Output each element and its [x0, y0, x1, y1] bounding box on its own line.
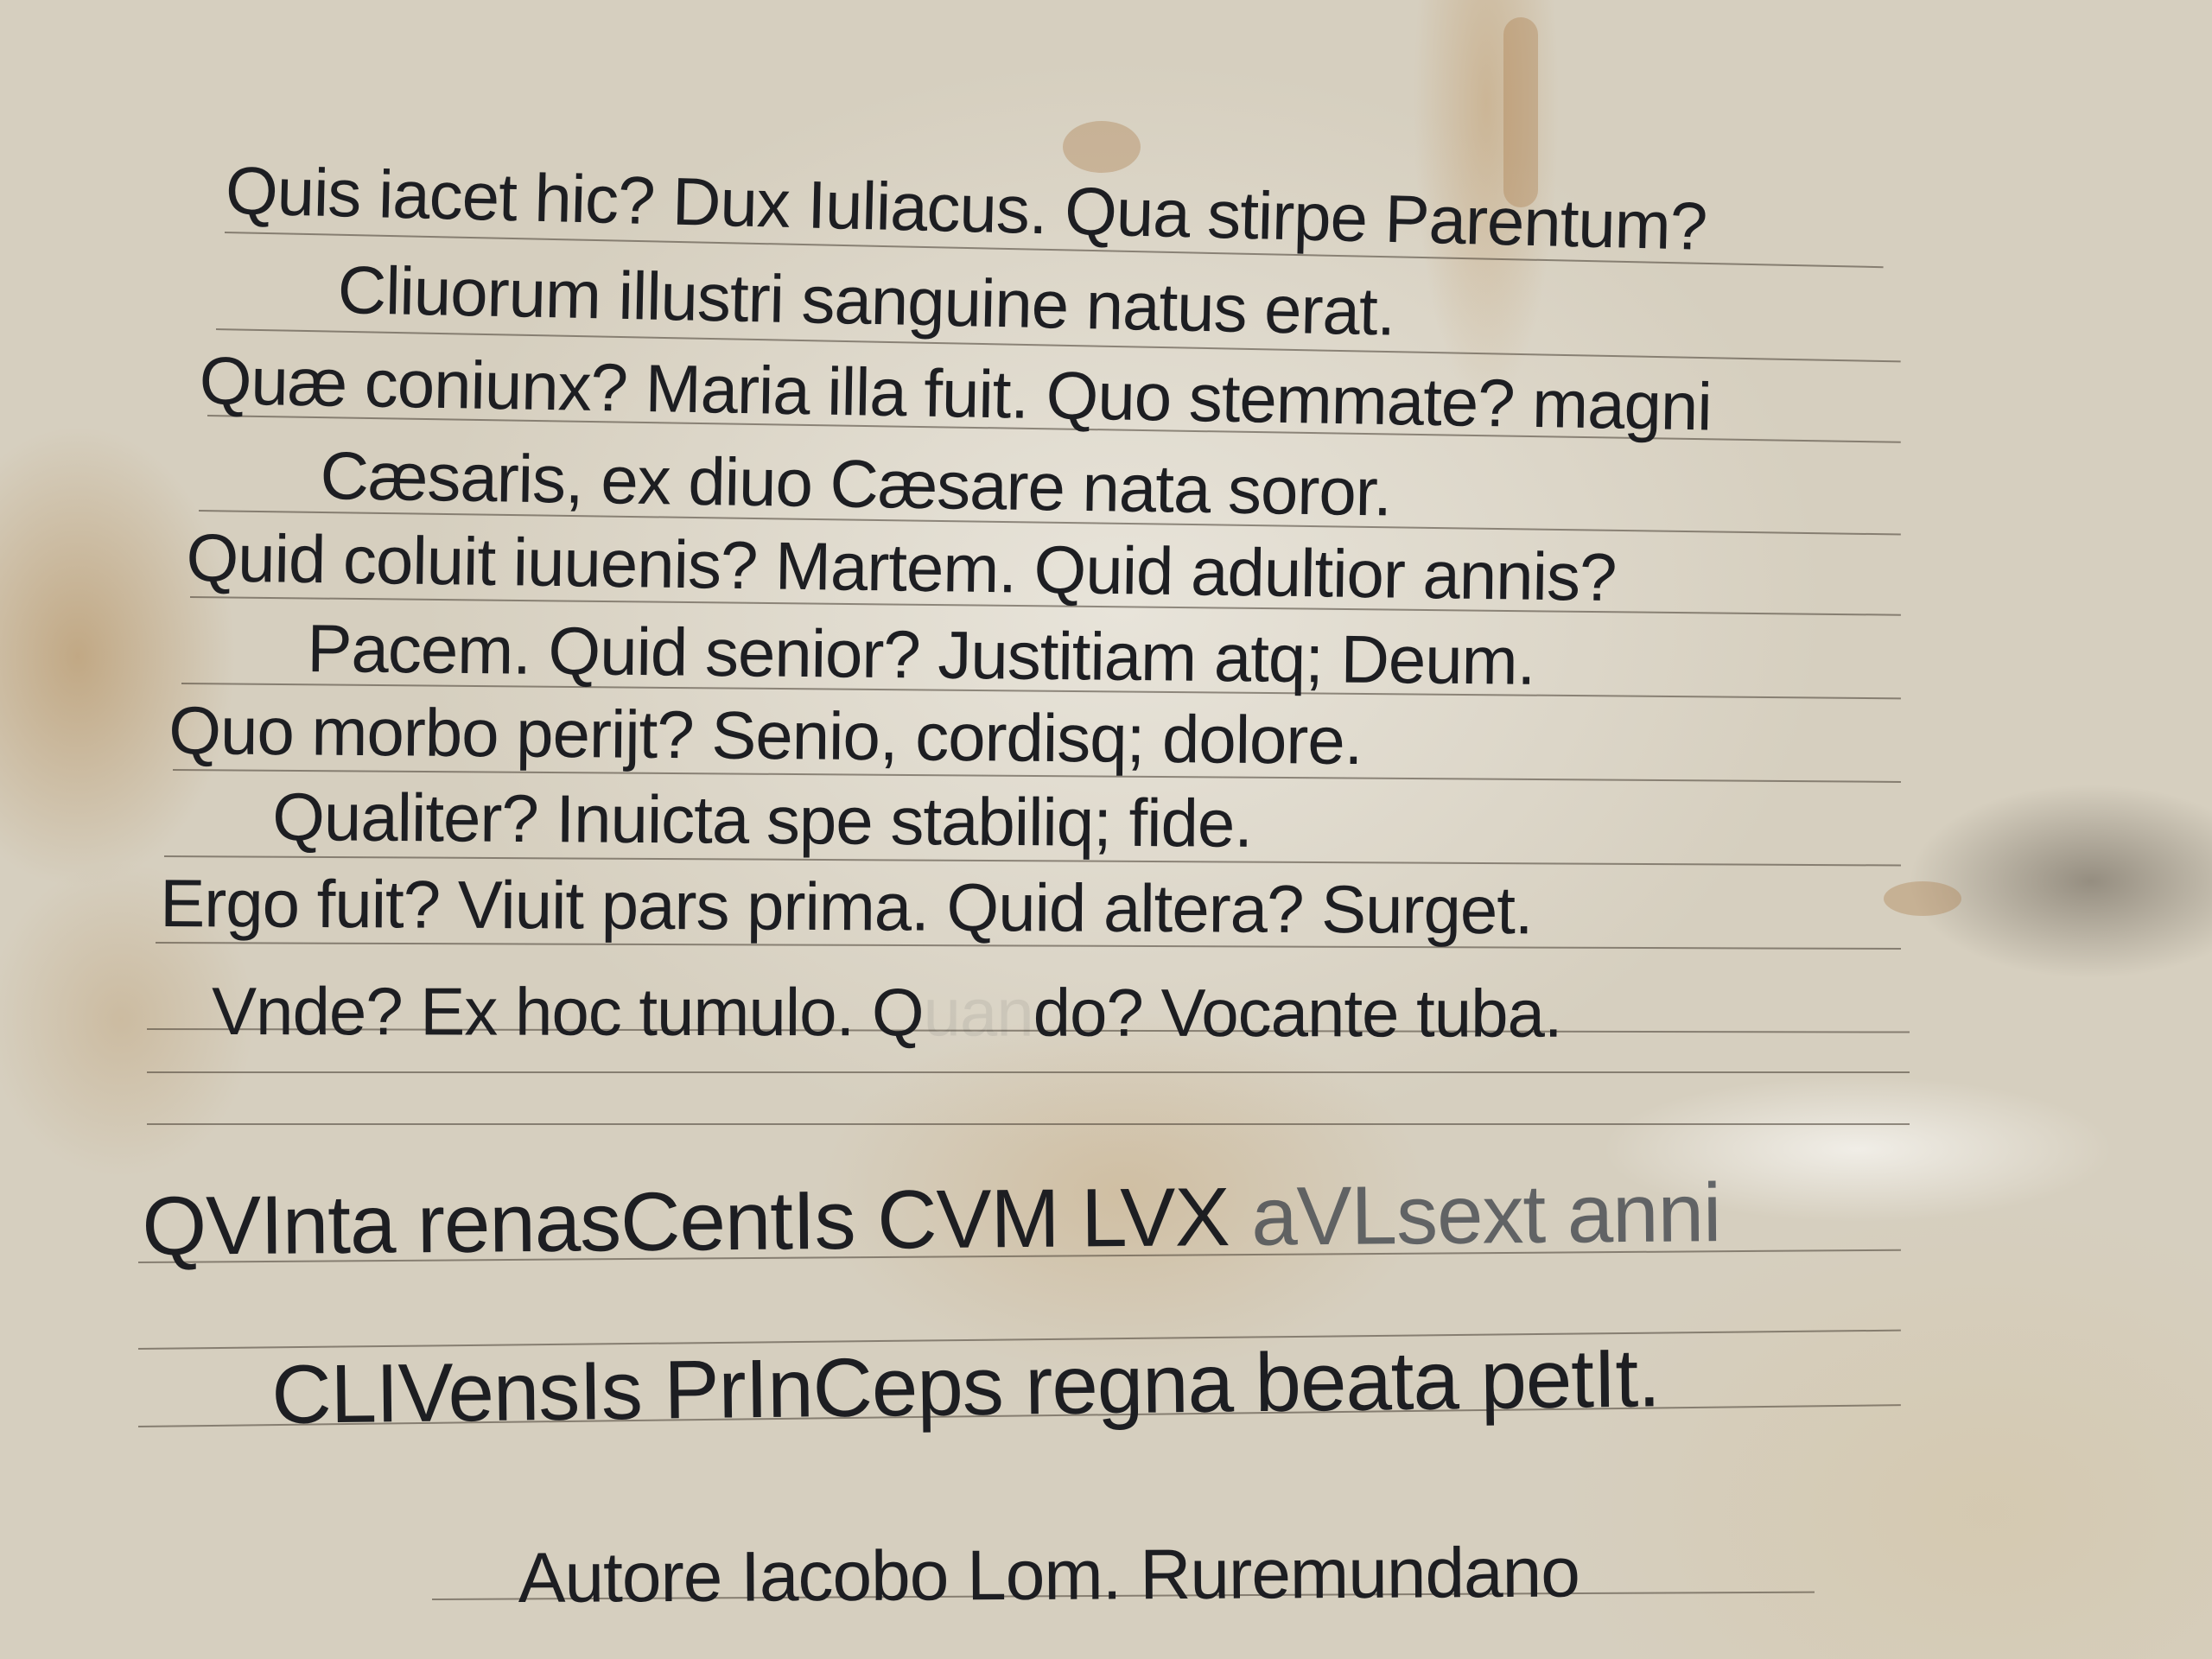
water-stain — [1503, 17, 1538, 207]
epitaph-line: Qualiter? Inuicta spe stabiliq; fide. — [272, 778, 1252, 863]
epitaph-line: Quo morbo perijt? Senio, cordisq; dolore… — [168, 691, 1363, 780]
epitaph-line: Vnde? Ex hoc tumulo. Quando? Vocante tub… — [212, 972, 1562, 1053]
epitaph-line: Pacem. Quid senior? Justitiam atq; Deum. — [307, 609, 1535, 701]
author-signature: Autore Iacobo Lom. Ruremundano — [518, 1533, 1580, 1619]
epitaph-line: Cæsaris, ex diuo Cæsare nata soror. — [320, 436, 1392, 531]
water-stain — [1884, 881, 1961, 916]
erased-text: uan — [923, 974, 1033, 1050]
water-stain — [1063, 121, 1141, 173]
epitaph-line: Ergo fuit? Viuit pars prima. Quid altera… — [160, 864, 1533, 950]
faded-text: aVLsext anni — [1229, 1166, 1721, 1263]
chronogram-line: QVInta renasCentIs CVM LVX aVLsext anni — [142, 1166, 1721, 1274]
chronogram-line: CLIVensIs PrInCeps regna beata petIt. — [271, 1331, 1661, 1443]
